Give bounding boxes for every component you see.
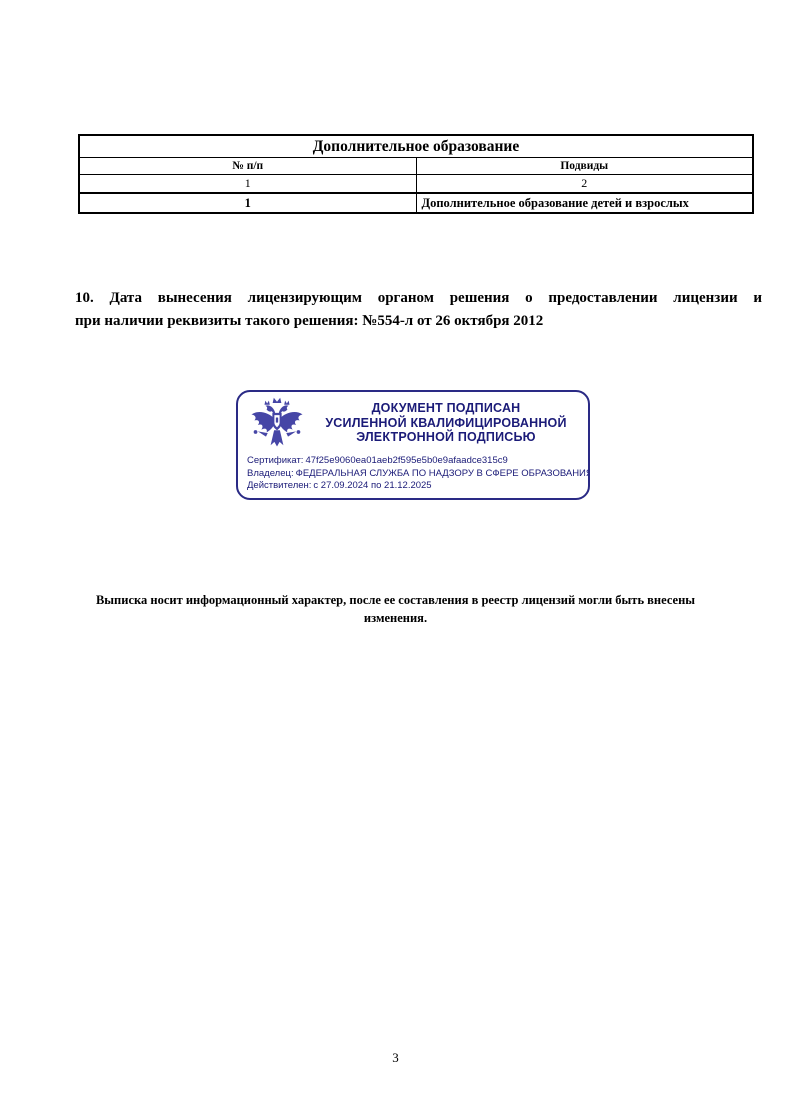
- row-index-cell: 1: [79, 193, 416, 213]
- info-note: Выписка носит информационный характер, п…: [55, 591, 736, 627]
- owner-label: Владелец:: [247, 468, 294, 479]
- col-header-subtypes: Подвиды: [416, 158, 753, 175]
- info-note-line1: Выписка носит информационный характер, п…: [55, 591, 736, 609]
- coat-of-arms-eagle-icon: [248, 396, 306, 454]
- stamp-title-line: ДОКУМЕНТ ПОДПИСАН: [308, 401, 584, 416]
- stamp-title: ДОКУМЕНТ ПОДПИСАН УСИЛЕННОЙ КВАЛИФИЦИРОВ…: [308, 401, 584, 445]
- paragraph-10-line1: 10. Дата вынесения лицензирующим органом…: [75, 287, 762, 310]
- digital-signature-stamp: ДОКУМЕНТ ПОДПИСАН УСИЛЕННОЙ КВАЛИФИЦИРОВ…: [236, 390, 590, 500]
- row-subtype-cell: Дополнительное образование детей и взрос…: [416, 193, 753, 213]
- certificate-line: Сертификат:47f25e9060ea01aeb2f595e5b0e9a…: [247, 455, 588, 468]
- certificate-label: Сертификат:: [247, 455, 303, 466]
- validity-line: Действителен:с 27.09.2024 по 21.12.2025: [247, 480, 588, 493]
- column-number-cell: 1: [79, 175, 416, 194]
- column-number-cell: 2: [416, 175, 753, 194]
- owner-line: Владелец:ФЕДЕРАЛЬНАЯ СЛУЖБА ПО НАДЗОРУ В…: [247, 468, 588, 481]
- col-header-number: № п/п: [79, 158, 416, 175]
- page-number: 3: [0, 1050, 791, 1066]
- certificate-value: 47f25e9060ea01aeb2f595e5b0e9afaadce315c9: [305, 455, 507, 466]
- stamp-title-line: УСИЛЕННОЙ КВАЛИФИЦИРОВАННОЙ: [308, 416, 584, 431]
- table-column-number-row: 1 2: [79, 175, 753, 194]
- table-title: Дополнительное образование: [79, 135, 753, 158]
- table-row: 1 Дополнительное образование детей и взр…: [79, 193, 753, 213]
- table-header-row: № п/п Подвиды: [79, 158, 753, 175]
- stamp-title-line: ЭЛЕКТРОННОЙ ПОДПИСЬЮ: [308, 430, 584, 445]
- paragraph-10-line2: при наличии реквизиты такого решения: №5…: [75, 310, 762, 333]
- info-note-line2: изменения.: [55, 609, 736, 627]
- owner-value: ФЕДЕРАЛЬНАЯ СЛУЖБА ПО НАДЗОРУ В СФЕРЕ ОБ…: [296, 468, 588, 479]
- paragraph-10: 10. Дата вынесения лицензирующим органом…: [75, 287, 762, 333]
- additional-education-table: Дополнительное образование № п/п Подвиды…: [78, 134, 754, 214]
- validity-value: с 27.09.2024 по 21.12.2025: [313, 480, 431, 491]
- document-page: Дополнительное образование № п/п Подвиды…: [0, 0, 791, 1118]
- validity-label: Действителен:: [247, 480, 311, 491]
- table-title-row: Дополнительное образование: [79, 135, 753, 158]
- stamp-details: Сертификат:47f25e9060ea01aeb2f595e5b0e9a…: [247, 455, 588, 493]
